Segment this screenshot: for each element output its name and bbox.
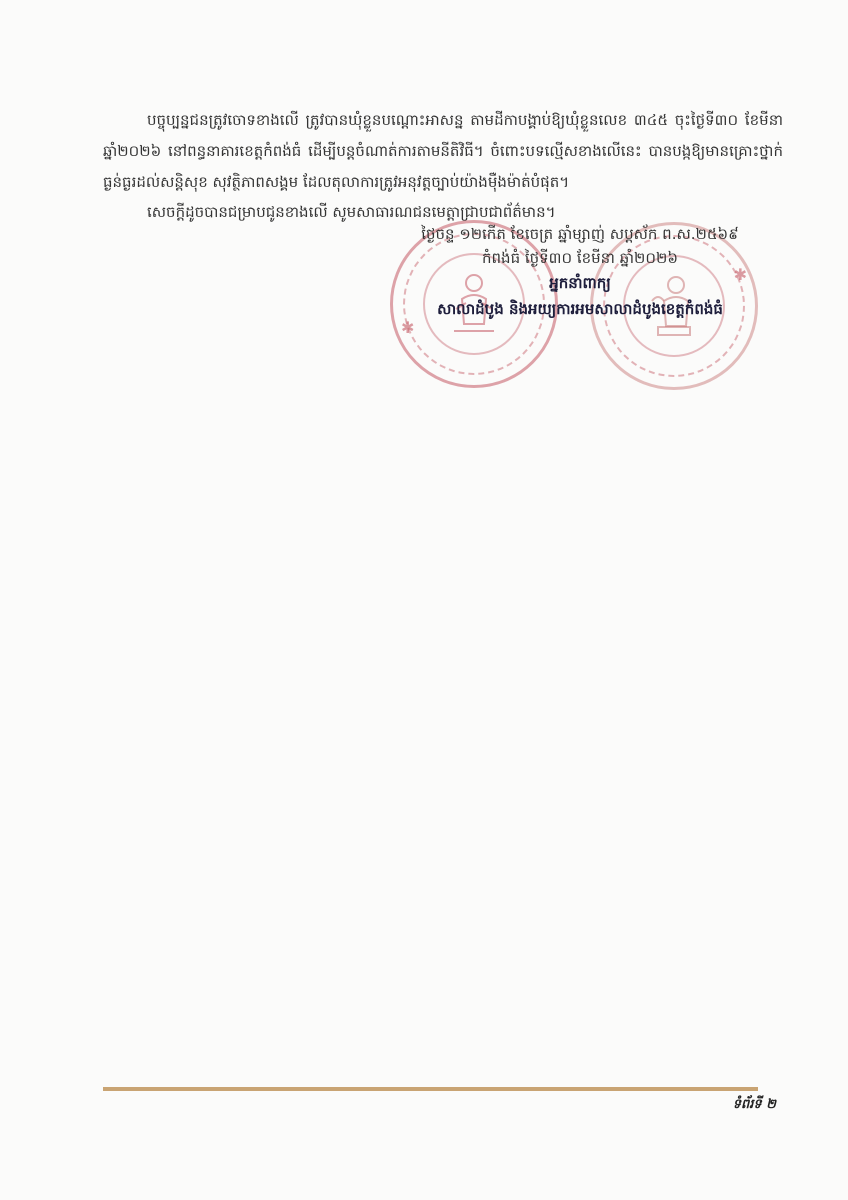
signature-block: ថ្ងៃចន្ទ ១២កើត ខែចេត្រ ឆ្នាំម្សាញ់ សប្តស… (380, 222, 780, 322)
page-number: ទំព័រទី ២ (733, 1096, 776, 1115)
place-date: កំពង់ធំ ថ្ងៃទី៣០ ខែមីនា ឆ្នាំ២០២៦ (380, 246, 780, 270)
lunar-date: ថ្ងៃចន្ទ ១២កើត ខែចេត្រ ឆ្នាំម្សាញ់ សប្តស… (380, 222, 780, 246)
signatory-institution: សាលាដំបូង និងអយ្យការអមសាលាដំបូងខេត្តកំពង… (380, 296, 780, 322)
body-paragraph-1: បច្ចុប្បន្នជនត្រូវចោទខាងលើ ត្រូវបានឃុំខ្… (103, 105, 783, 198)
signatory-title: អ្នកនាំពាក្យ (380, 270, 780, 296)
document-page: បច្ចុប្បន្នជនត្រូវចោទខាងលើ ត្រូវបានឃុំខ្… (0, 0, 848, 1200)
footer-divider (103, 1087, 758, 1091)
